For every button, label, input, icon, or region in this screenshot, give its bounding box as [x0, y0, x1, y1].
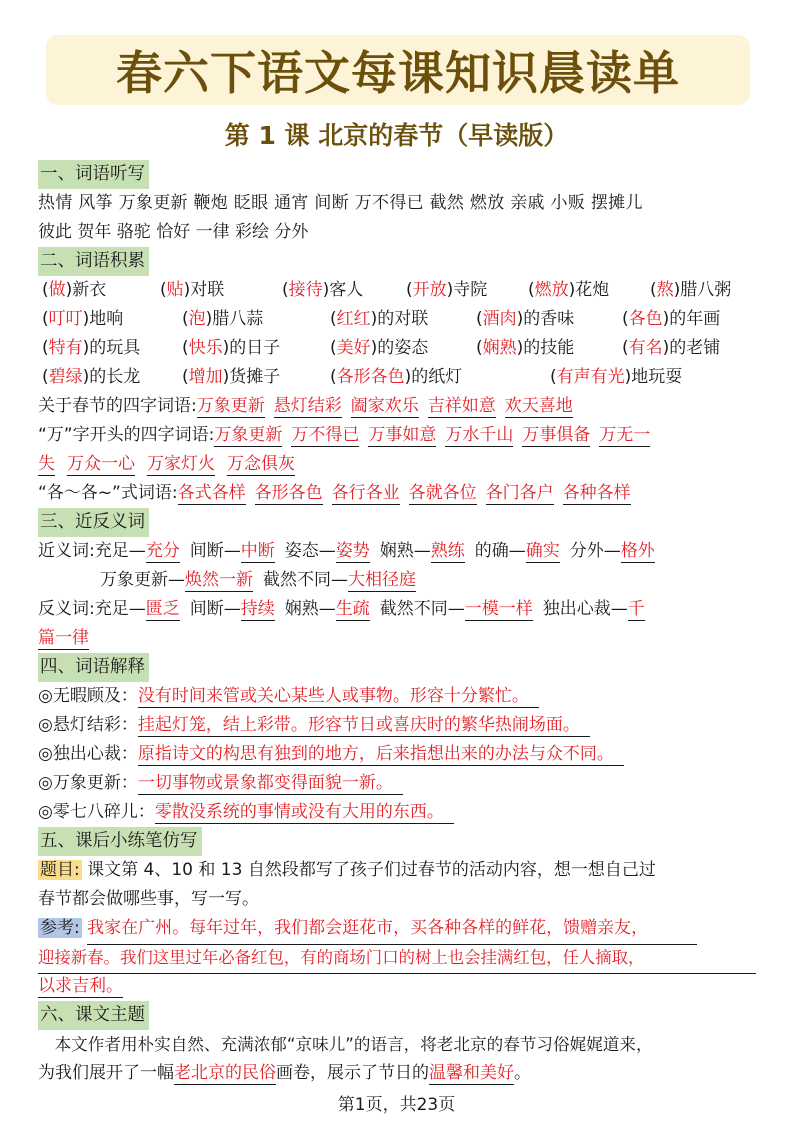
pair-word: 截然不同— — [380, 599, 465, 619]
definition-term: ◎悬灯结彩： — [38, 715, 138, 735]
spring-idioms-line: 关于春节的四字词语:万象更新悬灯结彩阖家欢乐吉祥如意欢天喜地 — [38, 392, 758, 421]
antonym-line: 反义词:充足—匮乏间断—持续娴熟—生疏截然不同—一模一样独出心裁—千 — [38, 595, 758, 624]
grid-answer: 美好 — [337, 338, 371, 358]
idiom-answer: 各种各样 — [563, 483, 631, 505]
grid-cell: (红红)的对联 — [330, 305, 428, 334]
grid-row: (做)新衣(贴)对联(接待)客人(开放)寺院(燃放)花炮(熬)腊八粥 — [38, 276, 758, 305]
theme-line-2: 为我们展开了一幅老北京的民俗画卷，展示了节日的温馨和美好。 — [38, 1059, 758, 1088]
definition-item: ◎悬灯结彩：挂起灯笼，结上彩带。形容节日或喜庆时的繁华热闹场面。 — [38, 711, 758, 740]
grid-cell: (各色)的年画 — [622, 305, 720, 334]
grid-cell: (做)新衣 — [42, 276, 106, 305]
definition-text: 没有时间来管或关心某些人或事物。形容十分繁忙。 — [138, 686, 539, 708]
topic-tag: 题目: — [38, 860, 82, 880]
title-banner: 春六下语文每课知识晨读单 — [46, 35, 750, 105]
pair-answer: 焕然一新 — [185, 570, 253, 592]
theme-answer: 老北京的民俗 — [174, 1063, 276, 1085]
grid-word: 的对联 — [377, 309, 428, 329]
theme-text: 画卷，展示了节日的 — [276, 1063, 429, 1083]
grid-cell: (碧绿)的长龙 — [42, 363, 140, 392]
pair-answer: 持续 — [241, 599, 275, 621]
pair-word: 独出心裁— — [543, 599, 628, 619]
ge-idioms-label: “各～各~”式词语: — [38, 483, 178, 503]
reference-text: 我家在广州。每年过年，我们都会逛花市，买各种各样的鲜花，馈赠亲友， — [87, 914, 697, 945]
grid-word: 对联 — [190, 280, 224, 300]
grid-word: 的年画 — [669, 309, 720, 329]
section-heading-accumulation: 二、词语积累 — [38, 247, 149, 276]
grid-answer: 娴熟 — [483, 338, 517, 358]
grid-answer: 红红 — [337, 309, 371, 329]
grid-answer: 泡 — [189, 309, 206, 329]
grid-cell: (开放)寺院 — [406, 276, 487, 305]
definition-list: ◎无暇顾及：没有时间来管或关心某些人或事物。形容十分繁忙。◎悬灯结彩：挂起灯笼，… — [38, 682, 758, 827]
synonym-line-2: 万象更新—焕然一新截然不同—大相径庭 — [38, 566, 758, 595]
ge-idioms-line: “各～各~”式词语:各式各样各形各色各行各业各就各位各门各户各种各样 — [38, 479, 758, 508]
grid-cell: (酒肉)的香味 — [476, 305, 574, 334]
idiom-answer: 万水千山 — [445, 425, 513, 447]
definition-text: 原指诗文的构思有独到的地方，后来指想出来的办法与众不同。 — [138, 744, 624, 766]
synonym-label: 近义词: — [38, 541, 95, 561]
grid-answer: 有名 — [629, 338, 663, 358]
pair-word: 姿态— — [285, 541, 336, 561]
definition-text: 挂起灯笼，结上彩带。形容节日或喜庆时的繁华热闹场面。 — [138, 715, 590, 737]
pair-word: 间断— — [190, 541, 241, 561]
idiom-answer: 万念俱灰 — [227, 454, 295, 476]
grid-answer: 有声有光 — [557, 367, 625, 387]
wan-idioms-line-2: 失万众一心万家灯火万念俱灰 — [38, 450, 758, 479]
section-heading-practice: 五、课后小练笔仿写 — [38, 827, 202, 856]
definition-term: ◎零七八碎儿： — [38, 802, 155, 822]
pair-answer: 格外 — [621, 541, 655, 563]
definition-item: ◎无暇顾及：没有时间来管或关心某些人或事物。形容十分繁忙。 — [38, 682, 758, 711]
grid-answer: 酒肉 — [483, 309, 517, 329]
document-body: 一、词语听写 热情 风筝 万象更新 鞭炮 眨眼 通宵 间断 万不得已 截然 燃放… — [38, 160, 758, 1088]
pair-answer: 一模一样 — [465, 599, 533, 621]
idiom-answer: 万象更新 — [197, 396, 265, 418]
section-heading-theme: 六、课文主题 — [38, 1001, 149, 1030]
pair-word: 间断— — [190, 599, 241, 619]
grid-cell: (有声有光)地玩耍 — [550, 363, 682, 392]
idiom-answer: 各行各业 — [332, 483, 400, 505]
pair-answer: 确实 — [526, 541, 560, 563]
grid-word: 的技能 — [523, 338, 574, 358]
pair-answer: 生疏 — [336, 599, 370, 621]
page-number: 第1页，共23页 — [0, 1090, 793, 1115]
page-title: 春六下语文每课知识晨读单 — [116, 37, 680, 103]
grid-row: (叮叮)地响(泡)腊八蒜(红红)的对联(酒肉)的香味(各色)的年画 — [38, 305, 758, 334]
antonym-line-2: 篇一律 — [38, 624, 758, 653]
idiom-answer: 万事如意 — [368, 425, 436, 447]
reference-text: 迎接新春。我们这里过年必备红包，有的商场门口的树上也会挂满红包，任人摘取， — [38, 943, 756, 974]
grid-answer: 各色 — [629, 309, 663, 329]
grid-word: 的日子 — [229, 338, 280, 358]
grid-answer: 特有 — [49, 338, 83, 358]
pair-answer: 中断 — [241, 541, 275, 563]
pair-word: 充足— — [95, 599, 146, 619]
pair-word: 截然不同— — [263, 570, 348, 590]
grid-row: (碧绿)的长龙(增加)货摊子(各形各色)的纸灯(有声有光)地玩耍 — [38, 363, 758, 392]
theme-text: 。 — [514, 1063, 531, 1083]
grid-cell: (各形各色)的纸灯 — [330, 363, 462, 392]
grid-word: 的姿态 — [377, 338, 428, 358]
pair-answer: 匮乏 — [146, 599, 180, 621]
idiom-answer: 万众一心 — [67, 454, 135, 476]
antonym-label: 反义词: — [38, 599, 95, 619]
section-heading-dictation: 一、词语听写 — [38, 160, 149, 189]
grid-answer: 碧绿 — [49, 367, 83, 387]
pair-word: 万象更新— — [100, 570, 185, 590]
idiom-answer: 吉祥如意 — [428, 396, 496, 418]
grid-cell: (泡)腊八蒜 — [182, 305, 263, 334]
grid-word: 的老铺 — [669, 338, 720, 358]
grid-word: 的长龙 — [89, 367, 140, 387]
synonym-line: 近义词:充足—充分间断—中断姿态—姿势娴熟—熟练的确—确实分外—格外 — [38, 537, 758, 566]
definition-term: ◎无暇顾及： — [38, 686, 138, 706]
idiom-answer: 欢天喜地 — [505, 396, 573, 418]
grid-cell: (接待)客人 — [282, 276, 363, 305]
topic-text: 课文第 4、10 和 13 自然段都写了孩子们过春节的活动内容，想一想自己过 — [82, 860, 656, 880]
grid-answer: 各形各色 — [337, 367, 405, 387]
grid-answer: 熬 — [657, 280, 674, 300]
reference-line-3: 以求吉利。 — [38, 972, 758, 1001]
grid-answer: 接待 — [289, 280, 323, 300]
idiom-answer: 万家灯火 — [147, 454, 215, 476]
section-heading-explanations: 四、词语解释 — [38, 653, 149, 682]
idiom-answer: 万象更新 — [214, 425, 282, 447]
idiom-answer: 万事俱备 — [522, 425, 590, 447]
definition-term: ◎独出心裁： — [38, 744, 138, 764]
grid-answer: 做 — [49, 280, 66, 300]
pair-word: 娴熟— — [285, 599, 336, 619]
grid-cell: (燃放)花炮 — [528, 276, 609, 305]
grid-cell: (美好)的姿态 — [330, 334, 428, 363]
pair-answer: 大相径庭 — [348, 570, 416, 592]
grid-cell: (娴熟)的技能 — [476, 334, 574, 363]
theme-answer: 温馨和美好 — [429, 1063, 514, 1085]
grid-answer: 燃放 — [535, 280, 569, 300]
grid-word: 的玩具 — [89, 338, 140, 358]
idiom-answer: 各形各色 — [255, 483, 323, 505]
idiom-answer: 各就各位 — [409, 483, 477, 505]
grid-answer: 叮叮 — [49, 309, 83, 329]
definition-item: ◎零七八碎儿：零散没系统的事情或没有大用的东西。 — [38, 798, 758, 827]
idiom-answer: 各式各样 — [178, 483, 246, 505]
definition-text: 一切事物或景象都变得面貌一新。 — [138, 773, 403, 795]
pair-word: 分外— — [570, 541, 621, 561]
pair-answer: 千 — [628, 599, 645, 621]
grid-cell: (快乐)的日子 — [182, 334, 280, 363]
grid-word: 寺院 — [453, 280, 487, 300]
grid-word: 地玩耍 — [631, 367, 682, 387]
grid-word: 货摊子 — [229, 367, 280, 387]
pair-answer: 熟练 — [431, 541, 465, 563]
theme-text: 为我们展开了一幅 — [38, 1063, 174, 1083]
antonym-answer: 篇一律 — [38, 628, 89, 650]
reference-line: 参考: 我家在广州。每年过年，我们都会逛花市，买各种各样的鲜花，馈赠亲友， — [38, 914, 758, 943]
definition-item: ◎独出心裁：原指诗文的构思有独到的地方，后来指想出来的办法与众不同。 — [38, 740, 758, 769]
idiom-answer: 悬灯结彩 — [274, 396, 342, 418]
grid-cell: (贴)对联 — [160, 276, 224, 305]
reference-text: 以求吉利。 — [38, 976, 123, 998]
pair-word: 的确— — [475, 541, 526, 561]
wan-idioms-label: “万”字开头的四字词语: — [38, 425, 214, 445]
definition-text: 零散没系统的事情或没有大用的东西。 — [155, 802, 454, 824]
idiom-answer: 失 — [38, 454, 55, 476]
grid-answer: 贴 — [167, 280, 184, 300]
grid-word: 花炮 — [575, 280, 609, 300]
reference-line-2: 迎接新春。我们这里过年必备红包，有的商场门口的树上也会挂满红包，任人摘取， — [38, 943, 758, 972]
grid-word: 的香味 — [523, 309, 574, 329]
dictation-line: 彼此 贺年 骆驼 恰好 一律 彩绘 分外 — [38, 218, 758, 247]
grid-word: 客人 — [329, 280, 363, 300]
grid-word: 腊八蒜 — [212, 309, 263, 329]
definition-item: ◎万象更新：一切事物或景象都变得面貌一新。 — [38, 769, 758, 798]
grid-row: (特有)的玩具(快乐)的日子(美好)的姿态(娴熟)的技能(有名)的老铺 — [38, 334, 758, 363]
lesson-subtitle: 第 1 课 北京的春节（早读版） — [0, 116, 793, 152]
spring-idioms-label: 关于春节的四字词语: — [38, 396, 197, 416]
grid-word: 腊八粥 — [680, 280, 731, 300]
grid-answer: 增加 — [189, 367, 223, 387]
grid-answer: 快乐 — [189, 338, 223, 358]
grid-answer: 开放 — [413, 280, 447, 300]
grid-word: 地响 — [89, 309, 123, 329]
reference-tag: 参考: — [38, 918, 82, 938]
grid-cell: (有名)的老铺 — [622, 334, 720, 363]
pair-answer: 充分 — [146, 541, 180, 563]
theme-line: 本文作者用朴实自然、充满浓郁“京味儿”的语言，将老北京的春节习俗娓娓道来， — [38, 1030, 758, 1059]
grid-cell: (特有)的玩具 — [42, 334, 140, 363]
topic-line-2: 春节都会做哪些事，写一写。 — [38, 885, 758, 914]
grid-cell: (叮叮)地响 — [42, 305, 123, 334]
idiom-answer: 各门各户 — [486, 483, 554, 505]
wan-idioms-line: “万”字开头的四字词语:万象更新万不得已万事如意万水千山万事俱备万无一 — [38, 421, 758, 450]
pair-word: 充足— — [95, 541, 146, 561]
idiom-answer: 万无一 — [599, 425, 650, 447]
dictation-line: 热情 风筝 万象更新 鞭炮 眨眼 通宵 间断 万不得已 截然 燃放 亲戚 小贩 … — [38, 189, 758, 218]
idiom-answer: 阖家欢乐 — [351, 396, 419, 418]
pair-answer: 姿势 — [336, 541, 370, 563]
grid-cell: (熬)腊八粥 — [650, 276, 731, 305]
grid-word: 的纸灯 — [411, 367, 462, 387]
definition-term: ◎万象更新： — [38, 773, 138, 793]
pair-word: 娴熟— — [380, 541, 431, 561]
section-heading-synonyms: 三、近反义词 — [38, 508, 149, 537]
grid-word: 新衣 — [72, 280, 106, 300]
word-fill-grid: (做)新衣(贴)对联(接待)客人(开放)寺院(燃放)花炮(熬)腊八粥(叮叮)地响… — [38, 276, 758, 392]
topic-line: 题目: 课文第 4、10 和 13 自然段都写了孩子们过春节的活动内容，想一想自… — [38, 856, 758, 885]
idiom-answer: 万不得已 — [291, 425, 359, 447]
grid-cell: (增加)货摊子 — [182, 363, 280, 392]
